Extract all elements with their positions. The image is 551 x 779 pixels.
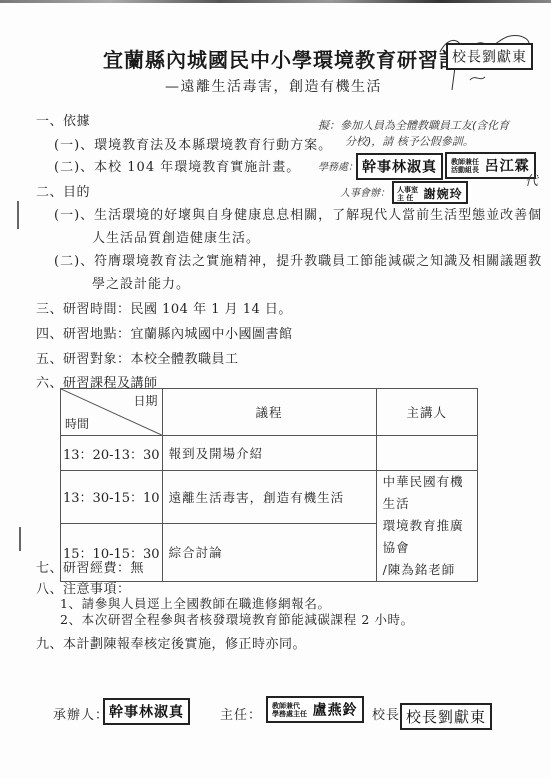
activity-leader-stamp: 教師兼任活動組長 呂江霖 (445, 152, 536, 179)
document-title: 宜蘭縣內城國民中小學環境教育研習計畫 (103, 44, 481, 73)
speaker-line-1: 中華民國有機生活 (383, 471, 471, 515)
office-label: 學務處： (318, 158, 358, 173)
table-row: 13：20-13：30 報到及開場介紹 (61, 436, 478, 471)
speaker-line-2: 環境教育推廣協會 (383, 515, 471, 559)
section-1-item-2: (二)、本校 104 年環境教育實施計畫。 (54, 156, 300, 175)
section-2-item-2-cont: 學之設計能力。 (92, 273, 190, 292)
section-9-approval: 九、本計劃陳報奉核定後實施，修正時亦同。 (36, 633, 306, 652)
handwritten-note-line-1: 擬：參加人員為全體教職員工友(含化育 (318, 117, 509, 133)
section-4-location: 四、研習地點：宜蘭縣內城國中小國圖書館 (36, 323, 293, 342)
table-header-row: 日期 時間 議程 主講人 (61, 389, 478, 436)
row-agenda: 綜合討論 (162, 523, 376, 582)
header-speaker: 主講人 (376, 389, 477, 436)
header-diagonal-cell: 日期 時間 (61, 389, 163, 436)
header-date: 日期 (134, 392, 158, 409)
row-speaker (376, 436, 477, 471)
deputy-mark: 代 (525, 170, 538, 189)
section-3-time: 三、研習時間：民國 104 年 1 月 14 日。 (36, 298, 292, 317)
margin-mark (17, 201, 19, 229)
handler-label: 承辦人： (53, 704, 109, 723)
section-2-item-2: (二)、符膺環境教育法之實施精神，提升教職員工節能減碳之知識及相關議題教 (54, 250, 542, 269)
section-2-item-1-cont: 人生活品質創造健康生活。 (92, 227, 260, 246)
scan-edge (0, 0, 551, 3)
handwritten-note-line-2: 分校)，請 核予公假參訓。 (345, 133, 474, 149)
row-time: 13：30-15：10 (61, 471, 163, 524)
personnel-stamp: 人事室主 任 謝婉玲 (392, 181, 468, 204)
section-2-item-1: (一)、生活環境的好壞與自身健康息息相關，了解現代人當前生活型態並改善個 (54, 204, 542, 223)
director-label: 主任： (220, 704, 262, 723)
header-time: 時間 (65, 415, 89, 432)
handler-stamp: 幹事林淑真 (103, 698, 190, 725)
table-row: 13：30-15：10 遠離生活毒害，創造有機生活 中華民國有機生活 環境教育推… (61, 471, 478, 524)
personnel-label: 人事會辦： (340, 184, 390, 199)
margin-mark (19, 527, 21, 551)
principal-top-stamp: 校長劉獻東 (446, 43, 533, 70)
clerk-stamp: 幹事林淑真 (356, 153, 443, 180)
row-time: 13：20-13：30 (61, 436, 163, 471)
document-subtitle: —遠離生活毒害，創造有機生活 (165, 76, 382, 96)
principal-stamp: 校長劉獻東 (400, 703, 492, 730)
row-agenda: 報到及開場介紹 (162, 436, 376, 471)
speaker-line-3: /陳為銘老師 (383, 559, 471, 581)
section-8-note-2: 2、本次研習全程參與者核發環境教育節能減碳課程 2 小時。 (60, 610, 414, 628)
director-stamp: 教師兼代學務處主任 盧燕鈴 (266, 696, 364, 723)
header-agenda: 議程 (162, 389, 376, 436)
shared-speaker-cell: 中華民國有機生活 環境教育推廣協會 /陳為銘老師 (376, 471, 477, 582)
schedule-table: 日期 時間 議程 主講人 13：20-13：30 報到及開場介紹 13：30-1… (60, 388, 478, 582)
section-2-heading: 二、目的 (36, 181, 90, 200)
section-1-item-1: (一)、環境教育法及本縣環境教育行動方案。 (54, 134, 332, 153)
section-7-budget: 七、研習經費：無 (36, 557, 144, 576)
section-5-audience: 五、研習對象：本校全體教職員工 (36, 348, 239, 367)
row-agenda: 遠離生活毒害，創造有機生活 (162, 471, 376, 524)
section-1-heading: 一、依據 (36, 110, 90, 129)
